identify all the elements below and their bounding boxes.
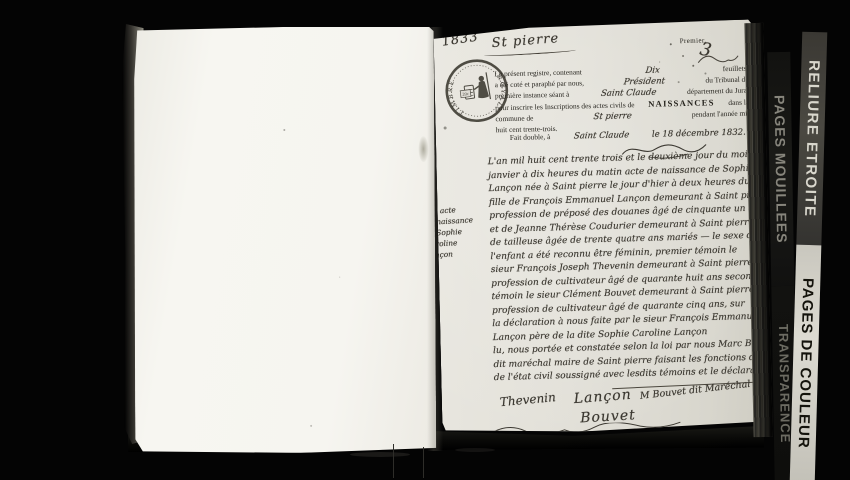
- label-pages-mouillees: PAGES MOUILLEES: [767, 52, 794, 286]
- archival-register-scan: 1833 St pierre Premier. 3 TIMBRE ROYAL: [0, 0, 850, 480]
- register-act-page: 1833 St pierre Premier. 3 TIMBRE ROYAL: [433, 19, 760, 434]
- stamp-value: 20c: [462, 91, 469, 97]
- notice-text: première instance séant à: [495, 89, 570, 102]
- notice-text: département du Jura,: [687, 85, 749, 97]
- table-edge-line: [423, 447, 424, 478]
- handwritten-commune: St pierre: [593, 111, 633, 123]
- signature-officer: M Bouvet dit Maréchal: [639, 379, 751, 402]
- ink-speck: [704, 73, 706, 75]
- condition-strip-outer: RELIURE ETROITE PAGES DE COULEUR: [790, 32, 828, 480]
- handwritten-feuillet-count: Dix: [644, 66, 660, 77]
- ink-speck: [283, 129, 285, 131]
- register-notice: Le présent registre, contenant Dix feuil…: [494, 64, 749, 136]
- ink-speck: [659, 62, 660, 63]
- handwritten-tribunal-city: Saint Claude: [600, 87, 657, 99]
- notice-text: pendant l'année mil: [692, 108, 750, 120]
- notice-text: commune de: [495, 113, 533, 125]
- ink-speck: [339, 277, 340, 278]
- page-year: 1833: [441, 29, 480, 49]
- label-pages-de-couleur: PAGES DE COULEUR: [790, 245, 822, 480]
- birth-act-text: L'an mil huit cent trente trois et le de…: [488, 149, 764, 386]
- ink-speck: [649, 77, 650, 78]
- floor-smudge: [455, 448, 495, 452]
- ink-speck: [682, 55, 684, 57]
- naissances-heading: NAISSANCES: [648, 97, 715, 109]
- ink-speck: [670, 43, 672, 45]
- left-blank-page: [133, 26, 437, 454]
- label-reliure-etroite: RELIURE ETROITE: [796, 32, 827, 246]
- table-edge-line: [393, 444, 394, 478]
- handwritten-title: Président: [623, 76, 666, 88]
- signature-thevenin: Thevenin: [499, 390, 556, 409]
- notice-text: Fait double, à: [510, 132, 551, 142]
- ink-speck: [692, 65, 694, 67]
- signatures-block: Thevenin Lançon M Bouvet dit Maréchal Bo…: [482, 382, 749, 436]
- ink-speck: [310, 425, 312, 427]
- floor-smudge: [350, 452, 410, 457]
- ink-speck: [678, 81, 680, 83]
- ink-speck: [444, 126, 447, 129]
- page-commune-title: St pierre: [491, 31, 559, 51]
- signature-lancon: Lançon: [573, 387, 632, 407]
